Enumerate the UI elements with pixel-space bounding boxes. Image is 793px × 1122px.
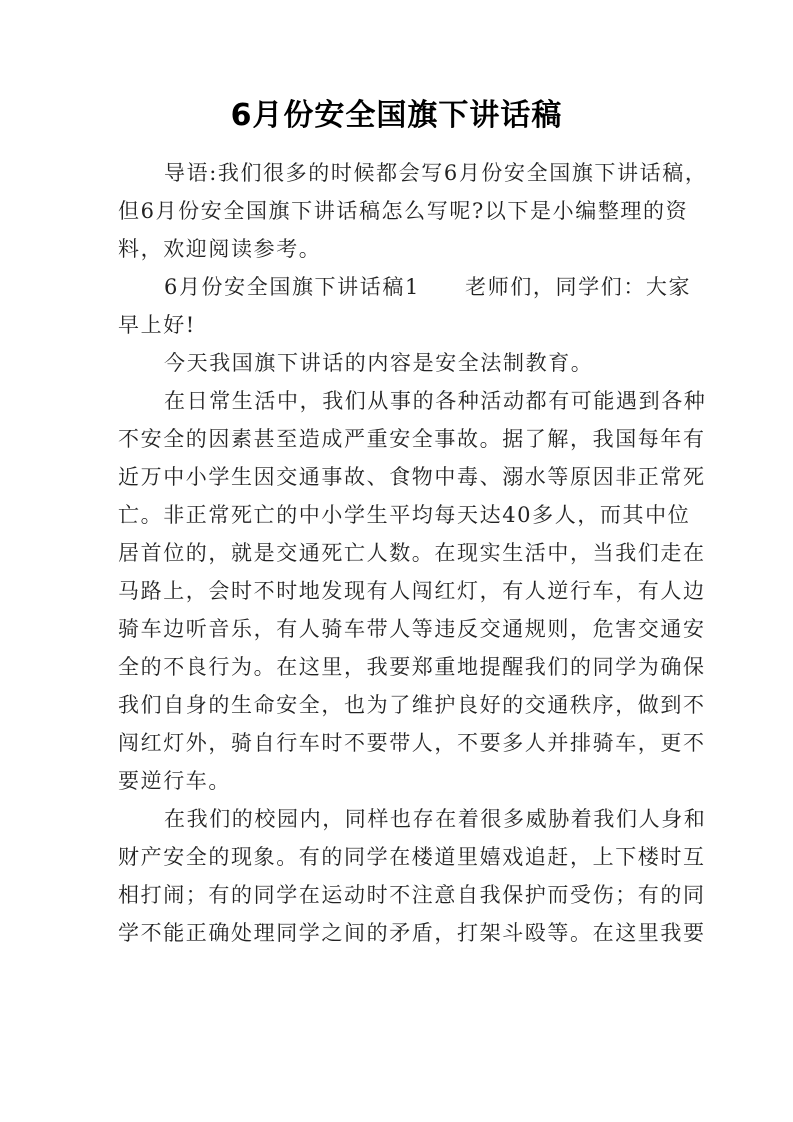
document-body: 导语:我们很多的时候都会写6月份安全国旗下讲话稿， 但6月份安全国旗下讲话稿怎么… [118, 154, 678, 952]
text-line: 在我们的校园内，同样也存在着很多威胁着我们人身和 [118, 800, 678, 838]
paragraph-topic: 今天我国旗下讲话的内容是安全法制教育。 [118, 344, 678, 382]
text-line: 在日常生活中，我们从事的各种活动都有可能遇到各种 [118, 382, 678, 420]
text-line: 亡。非正常死亡的中小学生平均每天达40多人，而其中位 [118, 496, 678, 534]
text-line: 骑车边听音乐，有人骑车带人等违反交通规则，危害交通安 [118, 610, 678, 648]
text-line: 6月份安全国旗下讲话稿1 老师们，同学们：大家 [118, 268, 678, 306]
text-line: 近万中小学生因交通事故、食物中毒、溺水等原因非正常死 [118, 458, 678, 496]
text-line: 居首位的，就是交通死亡人数。在现实生活中，当我们走在 [118, 534, 678, 572]
text-line: 要逆行车。 [118, 762, 678, 800]
text-line: 早上好! [118, 306, 678, 344]
text-line: 不安全的因素甚至造成严重安全事故。据了解，我国每年有 [118, 420, 678, 458]
text-line: 马路上，会时不时地发现有人闯红灯，有人逆行车，有人边 [118, 572, 678, 610]
text-line: 导语:我们很多的时候都会写6月份安全国旗下讲话稿， [118, 154, 678, 192]
paragraph-campus-safety: 在我们的校园内，同样也存在着很多威胁着我们人身和 财产安全的现象。有的同学在楼道… [118, 800, 678, 952]
paragraph-greeting: 6月份安全国旗下讲话稿1 老师们，同学们：大家 早上好! [118, 268, 678, 344]
text-line: 料，欢迎阅读参考。 [118, 230, 678, 268]
text-line: 今天我国旗下讲话的内容是安全法制教育。 [118, 344, 678, 382]
text-line: 财产安全的现象。有的同学在楼道里嬉戏追赶，上下楼时互 [118, 838, 678, 876]
document-page: 6月份安全国旗下讲话稿 导语:我们很多的时候都会写6月份安全国旗下讲话稿， 但6… [0, 0, 793, 1122]
text-line: 我们自身的生命安全，也为了维护良好的交通秩序，做到不 [118, 686, 678, 724]
paragraph-intro: 导语:我们很多的时候都会写6月份安全国旗下讲话稿， 但6月份安全国旗下讲话稿怎么… [118, 154, 678, 268]
text-line: 相打闹；有的同学在运动时不注意自我保护而受伤；有的同 [118, 876, 678, 914]
text-line: 全的不良行为。在这里，我要郑重地提醒我们的同学为确保 [118, 648, 678, 686]
document-title: 6月份安全国旗下讲话稿 [0, 96, 793, 136]
text-line: 但6月份安全国旗下讲话稿怎么写呢?以下是小编整理的资 [118, 192, 678, 230]
paragraph-traffic-safety: 在日常生活中，我们从事的各种活动都有可能遇到各种 不安全的因素甚至造成严重安全事… [118, 382, 678, 800]
text-line: 闯红灯外，骑自行车时不要带人，不要多人并排骑车，更不 [118, 724, 678, 762]
text-line: 学不能正确处理同学之间的矛盾，打架斗殴等。在这里我要 [118, 914, 678, 952]
